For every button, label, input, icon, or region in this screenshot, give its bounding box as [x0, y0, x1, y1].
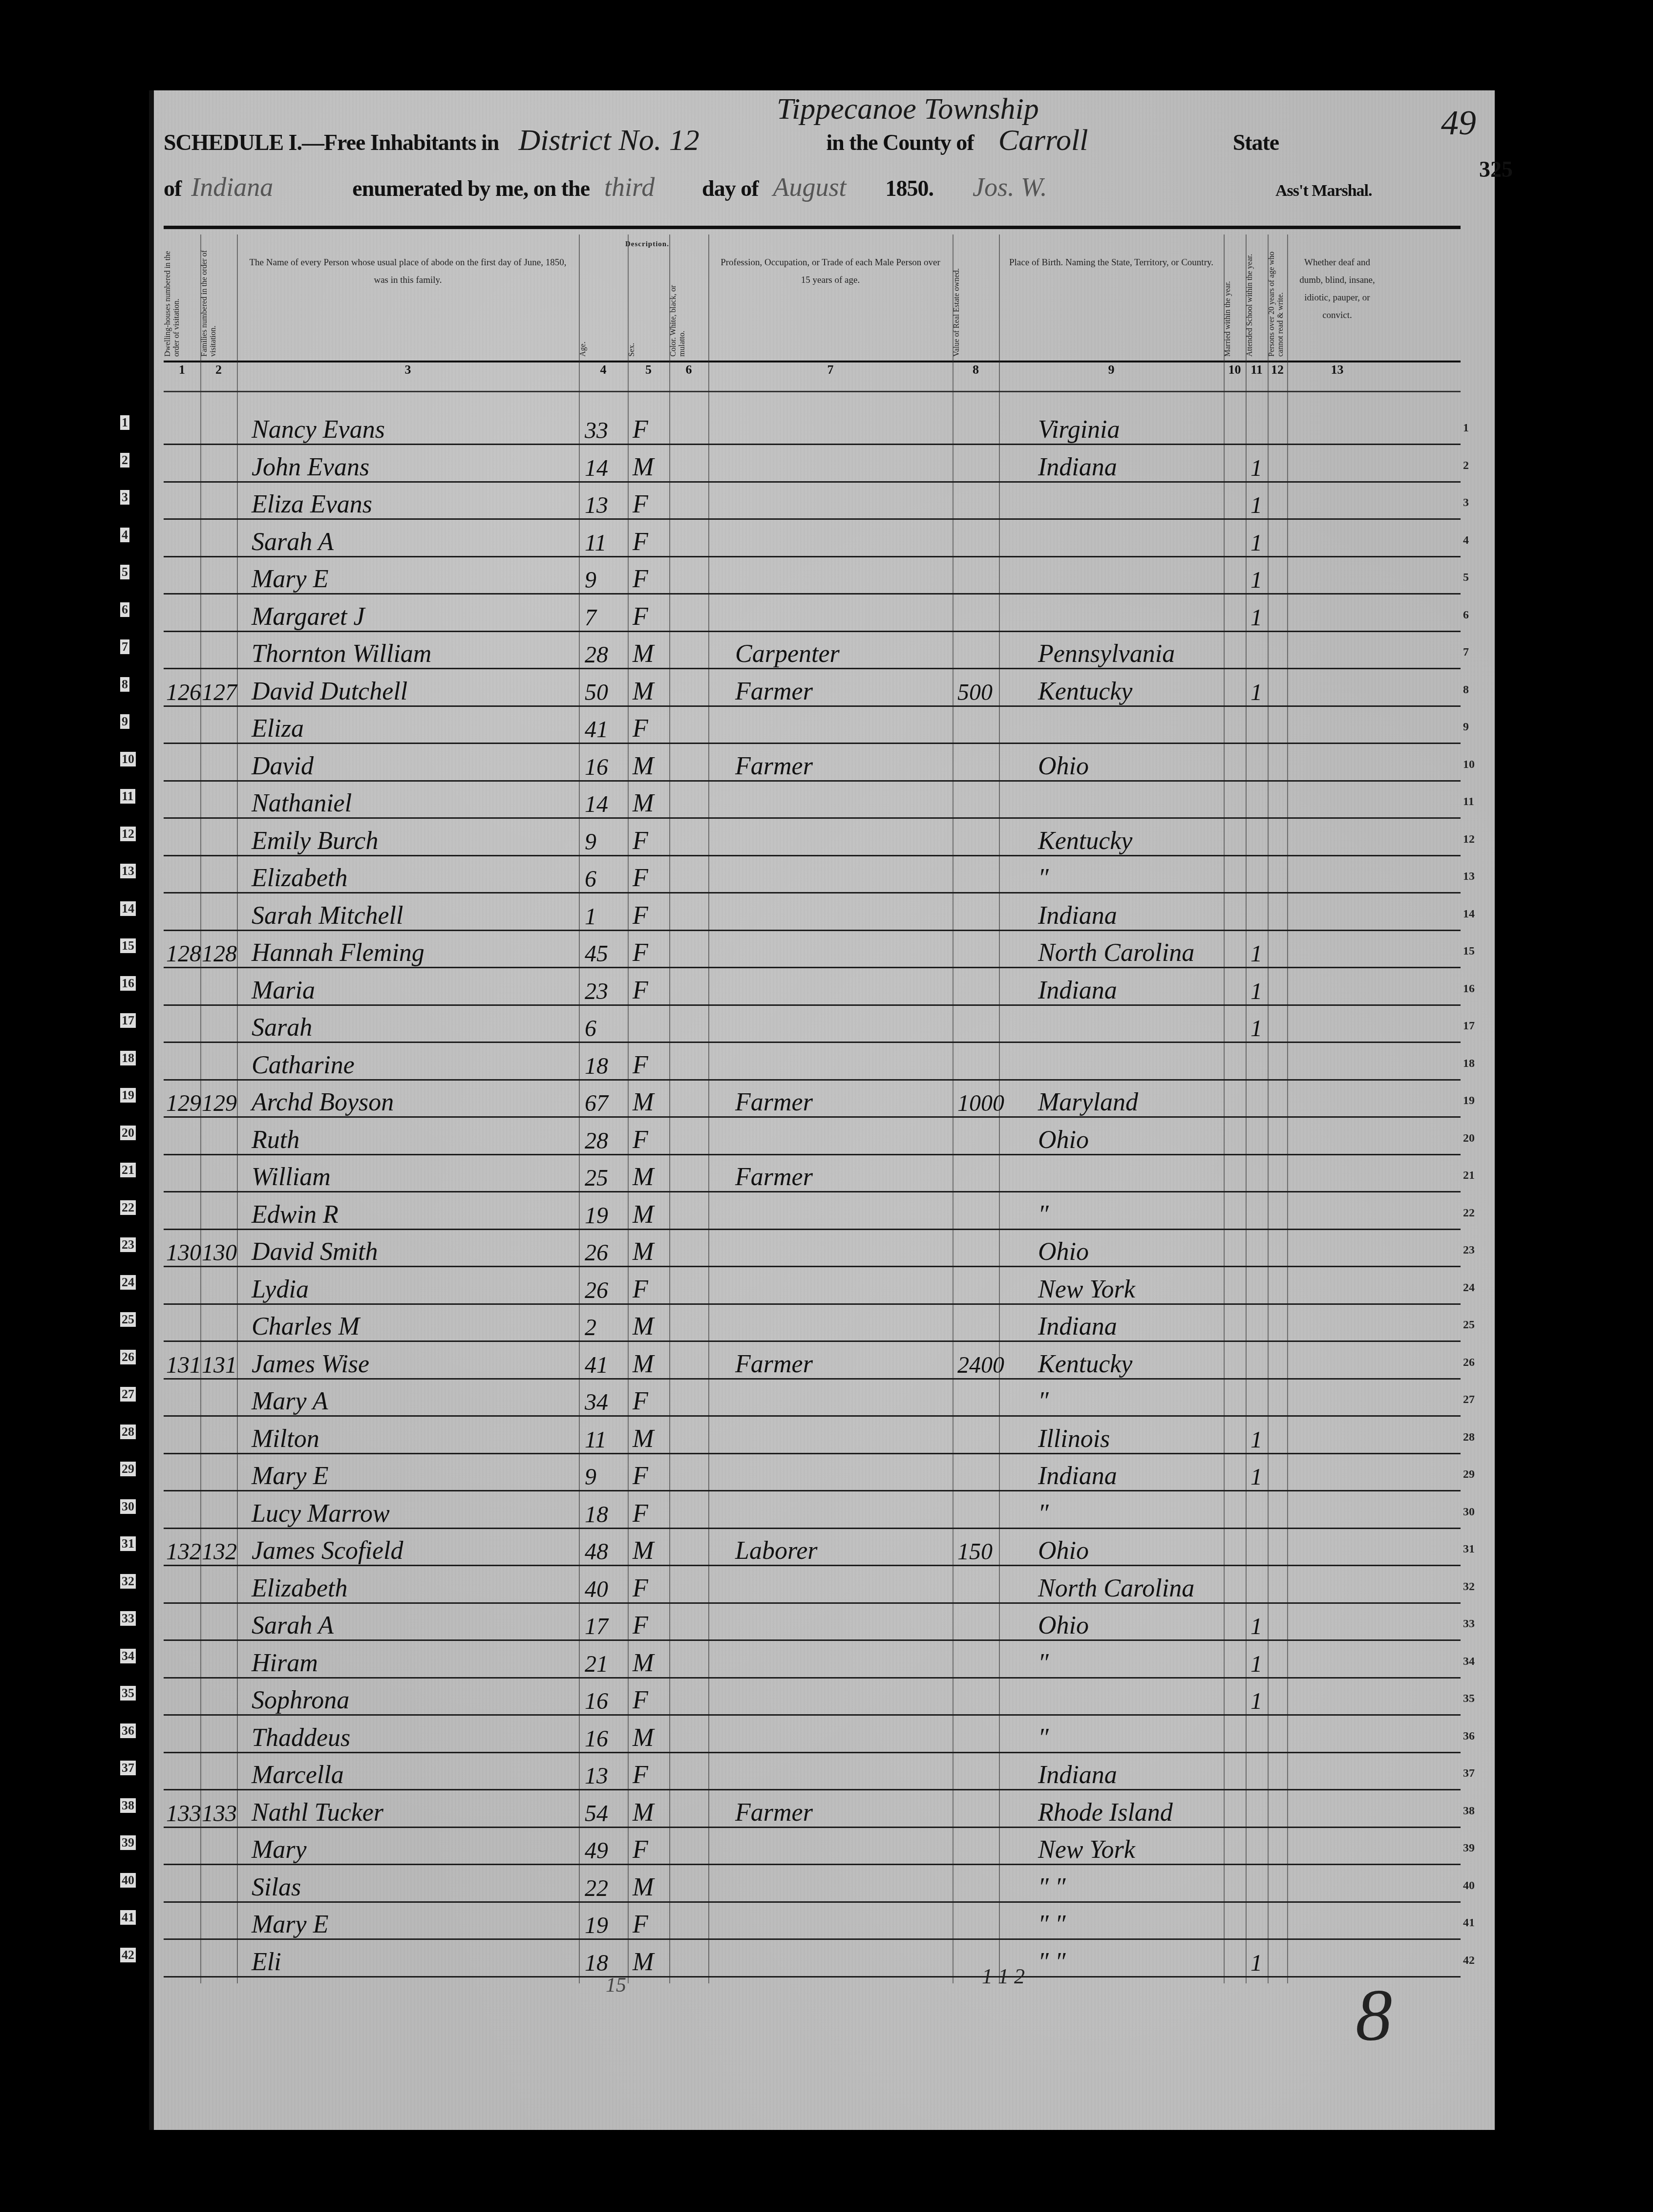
margin-line-number: 5 — [120, 565, 129, 579]
table-row: Mary A34F″27 — [164, 1380, 1461, 1417]
person-name: David Dutchell — [252, 679, 407, 704]
day-of-label: day of — [702, 175, 758, 201]
age: 40 — [585, 1578, 608, 1601]
marshal-signature: Jos. W. — [973, 172, 1275, 202]
sex: M — [633, 455, 654, 480]
line-number: 20 — [1463, 1132, 1475, 1145]
line-number: 18 — [1463, 1057, 1475, 1070]
attended-school-mark: 1 — [1250, 1017, 1262, 1041]
header-line-2: of Indiana enumerated by me, on the thir… — [164, 172, 1372, 211]
margin-line-number: 29 — [120, 1462, 136, 1476]
person-name: Sarah A — [252, 530, 334, 555]
enumerated-label: enumerated by me, on the — [352, 175, 590, 201]
person-name: Elizabeth — [252, 866, 347, 891]
header-line-1: SCHEDULE I.—Free Inhabitants in District… — [164, 123, 1279, 162]
person-name: Sarah — [252, 1015, 312, 1041]
table-row: Nancy Evans33FVirginia1 — [164, 408, 1461, 445]
age: 23 — [585, 980, 608, 1003]
column-headers: Description. Dwelling-houses numbered in… — [164, 234, 1461, 376]
line-number: 13 — [1463, 870, 1475, 883]
attended-school-mark: 1 — [1250, 457, 1262, 480]
family-number: 129 — [202, 1092, 237, 1115]
person-name: Milton — [252, 1426, 319, 1452]
attended-school-mark: 1 — [1250, 532, 1262, 555]
person-name: John Evans — [252, 455, 369, 480]
person-name: Hannah Fleming — [252, 940, 424, 966]
table-row: Sophrona16F135 — [164, 1679, 1461, 1716]
column-number-4: 4 — [579, 362, 628, 377]
header-rule — [164, 226, 1461, 229]
sex: F — [633, 866, 648, 891]
age: 28 — [585, 1129, 608, 1153]
colnum-rule — [164, 391, 1461, 392]
column-number-6: 6 — [669, 362, 708, 377]
margin-line-number: 32 — [120, 1574, 136, 1589]
table-row: Thornton William28MCarpenterPennsylvania… — [164, 632, 1461, 669]
sex: F — [633, 1613, 648, 1638]
margin-line-number: 9 — [120, 714, 129, 729]
line-number: 29 — [1463, 1468, 1475, 1481]
margin-line-number: 10 — [120, 752, 136, 766]
sex: F — [633, 530, 648, 555]
state-handwritten: Indiana — [191, 172, 352, 202]
sex: F — [633, 1912, 648, 1937]
sex: F — [633, 716, 648, 742]
attended-school-mark: 1 — [1250, 1615, 1262, 1638]
sex: M — [633, 679, 654, 704]
table-row: Nathaniel14M11 — [164, 782, 1461, 819]
colhead-rule — [164, 361, 1461, 362]
place-of-birth: ″ — [1038, 1651, 1049, 1676]
line-number: 12 — [1463, 833, 1475, 846]
age: 19 — [585, 1204, 608, 1228]
margin-line-number: 35 — [120, 1686, 136, 1701]
left-margin-line-numbers: 1234567891011121314151617181920212223242… — [116, 401, 146, 1954]
table-row: Sarah6117 — [164, 1006, 1461, 1043]
line-number: 17 — [1463, 1020, 1475, 1033]
place-of-birth: ″ — [1038, 1501, 1049, 1527]
column-header-7: Profession, Occupation, or Trade of each… — [708, 234, 953, 357]
sex: M — [633, 1352, 654, 1377]
age: 9 — [585, 1466, 596, 1489]
sex: M — [633, 754, 654, 779]
table-row: Hiram21M″134 — [164, 1641, 1461, 1679]
margin-line-number: 15 — [120, 938, 136, 953]
person-name: Archd Boyson — [252, 1090, 394, 1115]
township-handwritten: Tippecanoe Township — [777, 92, 1039, 127]
sex: F — [633, 567, 648, 592]
marshal-label: Ass't Marshal. — [1275, 182, 1372, 200]
age: 16 — [585, 756, 608, 779]
table-row: Sarah A17FOhio133 — [164, 1604, 1461, 1641]
line-number: 23 — [1463, 1244, 1475, 1257]
table-row: 133133Nathl Tucker54MFarmerRhode Island3… — [164, 1791, 1461, 1828]
sex: M — [633, 1875, 654, 1900]
place-of-birth: Indiana — [1038, 978, 1117, 1003]
line-number: 11 — [1463, 795, 1474, 808]
table-row: Margaret J7F16 — [164, 595, 1461, 632]
person-name: Mary — [252, 1837, 307, 1863]
margin-line-number: 33 — [120, 1611, 136, 1626]
margin-line-number: 28 — [120, 1425, 136, 1439]
margin-line-number: 30 — [120, 1499, 136, 1514]
table-row: Milton11MIllinois128 — [164, 1417, 1461, 1454]
place-of-birth: Indiana — [1038, 1464, 1117, 1489]
person-name: Mary E — [252, 1464, 328, 1489]
line-number: 33 — [1463, 1617, 1475, 1631]
line-number: 24 — [1463, 1281, 1475, 1295]
family-number: 127 — [202, 681, 237, 704]
column-header-3: The Name of every Person whose usual pla… — [237, 234, 579, 357]
place-of-birth: Ohio — [1038, 754, 1089, 779]
margin-line-number: 36 — [120, 1723, 136, 1738]
person-name: Silas — [252, 1875, 301, 1900]
sex: F — [633, 1464, 648, 1489]
age: 13 — [585, 1765, 608, 1788]
sex: M — [633, 1800, 654, 1826]
place-of-birth: Rhode Island — [1038, 1800, 1173, 1826]
person-name: Mary E — [252, 567, 328, 592]
table-row: Ruth28FOhio20 — [164, 1118, 1461, 1155]
age: 33 — [585, 419, 608, 443]
sex: F — [633, 1389, 648, 1414]
margin-line-number: 38 — [120, 1798, 136, 1813]
attended-school-mark: 1 — [1250, 980, 1262, 1003]
place-of-birth: Kentucky — [1038, 1352, 1132, 1377]
table-row: Mary E9F15 — [164, 557, 1461, 595]
sex: F — [633, 1688, 648, 1713]
sex: F — [633, 940, 648, 966]
table-row: 132132James Scofield48MLaborer150Ohio31 — [164, 1529, 1461, 1566]
age: 13 — [585, 494, 608, 517]
state-label: State — [1233, 129, 1279, 155]
sex: M — [633, 1314, 654, 1340]
person-name: Marcella — [252, 1763, 344, 1788]
person-name: Ruth — [252, 1127, 299, 1153]
age: 6 — [585, 1017, 596, 1041]
place-of-birth: Indiana — [1038, 903, 1117, 929]
margin-line-number: 34 — [120, 1649, 136, 1663]
person-name: Sarah A — [252, 1613, 334, 1638]
age: 26 — [585, 1241, 608, 1265]
place-of-birth: North Carolina — [1038, 1576, 1194, 1601]
line-number: 28 — [1463, 1431, 1475, 1444]
margin-line-number: 26 — [120, 1350, 136, 1364]
table-row: Maria23FIndiana116 — [164, 969, 1461, 1006]
line-number: 38 — [1463, 1805, 1475, 1818]
margin-line-number: 21 — [120, 1163, 136, 1177]
margin-line-number: 7 — [120, 639, 129, 654]
line-number: 5 — [1463, 571, 1469, 584]
margin-line-number: 27 — [120, 1387, 136, 1402]
person-name: James Wise — [252, 1352, 369, 1377]
table-row: Eli18M″ ″142 — [164, 1940, 1461, 1978]
line-number: 2 — [1463, 459, 1469, 472]
real-estate-value: 2400 — [957, 1354, 1004, 1377]
column-header-5: Sex. — [628, 254, 669, 357]
person-name: Mary A — [252, 1389, 328, 1414]
margin-line-number: 13 — [120, 864, 136, 878]
person-name: Eli — [252, 1950, 281, 1975]
person-name: Lydia — [252, 1277, 309, 1302]
attended-school-mark: 1 — [1250, 942, 1262, 966]
person-name: Edwin R — [252, 1202, 339, 1228]
sex: M — [633, 1165, 654, 1190]
table-row: Eliza Evans13F13 — [164, 483, 1461, 520]
place-of-birth: ″ — [1038, 1389, 1049, 1414]
column-header-6: Color. White, black, or mulatto. — [669, 254, 708, 357]
line-number: 7 — [1463, 646, 1469, 659]
person-name: Nancy Evans — [252, 417, 385, 443]
margin-line-number: 25 — [120, 1312, 136, 1327]
place-of-birth: Indiana — [1038, 455, 1117, 480]
age: 41 — [585, 718, 608, 742]
sex: M — [633, 1426, 654, 1452]
family-number: 132 — [202, 1540, 237, 1564]
margin-line-number: 1 — [120, 415, 129, 430]
age: 18 — [585, 1952, 608, 1975]
age: 49 — [585, 1839, 608, 1863]
table-row: 128128Hannah Fleming45FNorth Carolina115 — [164, 931, 1461, 968]
county-handwritten: Carroll — [998, 123, 1228, 158]
age: 26 — [585, 1279, 608, 1302]
margin-line-number: 24 — [120, 1275, 136, 1290]
footer-tally-marks: 1 1 2 — [982, 1964, 1025, 1989]
table-row: David16MFarmerOhio10 — [164, 744, 1461, 782]
sex: M — [633, 1725, 654, 1751]
table-row: Silas22M″ ″40 — [164, 1866, 1461, 1903]
real-estate-value: 150 — [957, 1540, 993, 1564]
table-row: Lydia26FNew York24 — [164, 1268, 1461, 1305]
age: 11 — [585, 532, 606, 555]
sex: F — [633, 1576, 648, 1601]
line-number: 39 — [1463, 1842, 1475, 1855]
place-of-birth: North Carolina — [1038, 940, 1194, 966]
table-row: Sarah A11F14 — [164, 520, 1461, 557]
person-name: Catharine — [252, 1053, 355, 1078]
age: 25 — [585, 1167, 608, 1190]
column-header-11: Attended School within the year. — [1246, 234, 1268, 357]
place-of-birth: Pennsylvania — [1038, 641, 1175, 667]
family-number: 130 — [202, 1241, 237, 1265]
month-handwritten: August — [773, 172, 886, 202]
table-row: 131131James Wise41MFarmer2400Kentucky26 — [164, 1342, 1461, 1380]
age: 45 — [585, 942, 608, 966]
column-header-2: Families numbered in the order of visita… — [200, 234, 237, 357]
line-number: 27 — [1463, 1393, 1475, 1406]
age: 6 — [585, 868, 596, 891]
real-estate-value: 500 — [957, 681, 993, 704]
age: 9 — [585, 569, 596, 592]
footer-bottom-mark: 8 — [1356, 1974, 1392, 2058]
page-number-printed: 325 — [1479, 156, 1513, 182]
column-header-9: Place of Birth. Naming the State, Territ… — [999, 234, 1224, 357]
sex: M — [633, 1090, 654, 1115]
table-row: Catharine18F18 — [164, 1043, 1461, 1081]
place-of-birth: Illinois — [1038, 1426, 1110, 1452]
sex: M — [633, 1538, 654, 1564]
place-of-birth: New York — [1038, 1277, 1135, 1302]
age: 34 — [585, 1391, 608, 1414]
column-number-1: 1 — [164, 362, 200, 377]
place-of-birth: Ohio — [1038, 1613, 1089, 1638]
line-number: 26 — [1463, 1356, 1475, 1369]
column-header-10: Married within the year. — [1224, 234, 1246, 357]
sex: F — [633, 604, 648, 630]
sex: F — [633, 492, 648, 517]
attended-school-mark: 1 — [1250, 494, 1262, 517]
line-number: 9 — [1463, 721, 1469, 734]
dwelling-number: 128 — [166, 942, 201, 966]
person-name: Eliza — [252, 716, 304, 742]
family-number: 128 — [202, 942, 237, 966]
place-of-birth: ″ ″ — [1038, 1950, 1065, 1975]
table-row: Mary E9FIndiana129 — [164, 1454, 1461, 1491]
table-row: Elizabeth6F″13 — [164, 856, 1461, 893]
age: 22 — [585, 1877, 608, 1900]
year-label: 1850. — [886, 175, 934, 201]
age: 9 — [585, 830, 596, 854]
margin-line-number: 40 — [120, 1873, 136, 1888]
person-name: Margaret J — [252, 604, 365, 630]
person-name: Charles M — [252, 1314, 360, 1340]
table-row: Mary49FNew York39 — [164, 1828, 1461, 1865]
age: 16 — [585, 1690, 608, 1713]
occupation: Farmer — [735, 1165, 813, 1190]
age: 14 — [585, 457, 608, 480]
place-of-birth: ″ — [1038, 1202, 1049, 1228]
dwelling-number: 131 — [166, 1354, 201, 1377]
line-number: 30 — [1463, 1506, 1475, 1519]
person-name: Emily Burch — [252, 829, 378, 854]
attended-school-mark: 1 — [1250, 1466, 1262, 1489]
occupation: Farmer — [735, 1800, 813, 1826]
column-number-7: 7 — [708, 362, 953, 377]
margin-line-number: 16 — [120, 976, 136, 991]
occupation: Farmer — [735, 1352, 813, 1377]
sex: M — [633, 641, 654, 667]
age: 18 — [585, 1055, 608, 1078]
line-number: 31 — [1463, 1543, 1475, 1556]
margin-line-number: 41 — [120, 1910, 136, 1925]
table-row: Emily Burch9FKentucky12 — [164, 819, 1461, 856]
occupation: Carpenter — [735, 641, 840, 667]
margin-line-number: 19 — [120, 1088, 136, 1103]
column-number-5: 5 — [628, 362, 669, 377]
place-of-birth: ″ ″ — [1038, 1912, 1065, 1937]
table-row: Elizabeth40FNorth Carolina32 — [164, 1567, 1461, 1604]
age: 7 — [585, 606, 596, 630]
sex: F — [633, 1763, 648, 1788]
occupation: Farmer — [735, 754, 813, 779]
line-number: 19 — [1463, 1094, 1475, 1107]
age: 48 — [585, 1540, 608, 1564]
place-of-birth: Ohio — [1038, 1538, 1089, 1564]
table-row: Edwin R19M″22 — [164, 1193, 1461, 1230]
of-label: of — [164, 175, 181, 201]
age: 41 — [585, 1354, 608, 1377]
person-name: William — [252, 1165, 331, 1190]
family-number: 133 — [202, 1802, 237, 1826]
person-name: David — [252, 754, 314, 779]
margin-line-number: 11 — [120, 789, 135, 804]
margin-line-number: 18 — [120, 1051, 136, 1065]
margin-line-number: 3 — [120, 490, 129, 505]
line-number: 32 — [1463, 1580, 1475, 1594]
attended-school-mark: 1 — [1250, 606, 1262, 630]
sex: M — [633, 1202, 654, 1228]
age: 16 — [585, 1727, 608, 1751]
dwelling-number: 126 — [166, 681, 201, 704]
place-of-birth: Ohio — [1038, 1239, 1089, 1265]
dwelling-number: 133 — [166, 1802, 201, 1826]
margin-line-number: 23 — [120, 1237, 136, 1252]
table-row: Mary E19F″ ″41 — [164, 1903, 1461, 1940]
attended-school-mark: 1 — [1250, 1952, 1262, 1975]
sex: F — [633, 417, 648, 443]
family-number: 131 — [202, 1354, 237, 1377]
place-of-birth: Kentucky — [1038, 679, 1132, 704]
person-name: Sophrona — [252, 1688, 349, 1713]
place-of-birth: Ohio — [1038, 1127, 1089, 1153]
margin-line-number: 39 — [120, 1835, 136, 1850]
table-row: John Evans14MIndiana12 — [164, 446, 1461, 483]
sex: F — [633, 1127, 648, 1153]
person-name: Nathaniel — [252, 791, 352, 816]
line-number: 22 — [1463, 1207, 1475, 1220]
place-of-birth: New York — [1038, 1837, 1135, 1863]
page-number-handwritten: 49 — [1441, 103, 1476, 143]
margin-line-number: 2 — [120, 453, 129, 468]
column-number-12: 12 — [1268, 362, 1287, 377]
age: 11 — [585, 1428, 606, 1452]
age: 21 — [585, 1653, 608, 1676]
table-row: 126127David Dutchell50MFarmer500Kentucky… — [164, 670, 1461, 707]
sex: F — [633, 829, 648, 854]
person-name: Lucy Marrow — [252, 1501, 390, 1527]
line-number: 4 — [1463, 534, 1469, 547]
person-name: Mary E — [252, 1912, 328, 1937]
sex: M — [633, 1950, 654, 1975]
table-row: Lucy Marrow18F″30 — [164, 1492, 1461, 1529]
margin-line-number: 4 — [120, 528, 129, 542]
attended-school-mark: 1 — [1250, 1653, 1262, 1676]
person-name: Maria — [252, 978, 315, 1003]
column-header-12: Persons over 20 years of age who cannot … — [1268, 234, 1287, 357]
table-row: Marcella13FIndiana37 — [164, 1753, 1461, 1790]
line-number: 40 — [1463, 1879, 1475, 1893]
line-number: 1 — [1463, 422, 1469, 435]
occupation: Farmer — [735, 1090, 813, 1115]
age: 17 — [585, 1615, 608, 1638]
sex: M — [633, 791, 654, 816]
person-name: Nathl Tucker — [252, 1800, 383, 1826]
line-number: 10 — [1463, 758, 1475, 771]
sex: M — [633, 1239, 654, 1265]
place-of-birth: ″ — [1038, 1725, 1049, 1751]
place-of-birth: Virginia — [1038, 417, 1120, 443]
margin-line-number: 22 — [120, 1200, 136, 1215]
line-number: 6 — [1463, 609, 1469, 622]
occupation: Laborer — [735, 1538, 818, 1564]
line-number: 35 — [1463, 1692, 1475, 1705]
footer-column-total: 15 — [606, 1974, 626, 1997]
margin-line-number: 37 — [120, 1761, 136, 1775]
margin-line-number: 42 — [120, 1948, 136, 1962]
column-number-9: 9 — [999, 362, 1224, 377]
column-header-4: Age. — [579, 254, 628, 357]
description-group-label: Description. — [603, 240, 691, 249]
